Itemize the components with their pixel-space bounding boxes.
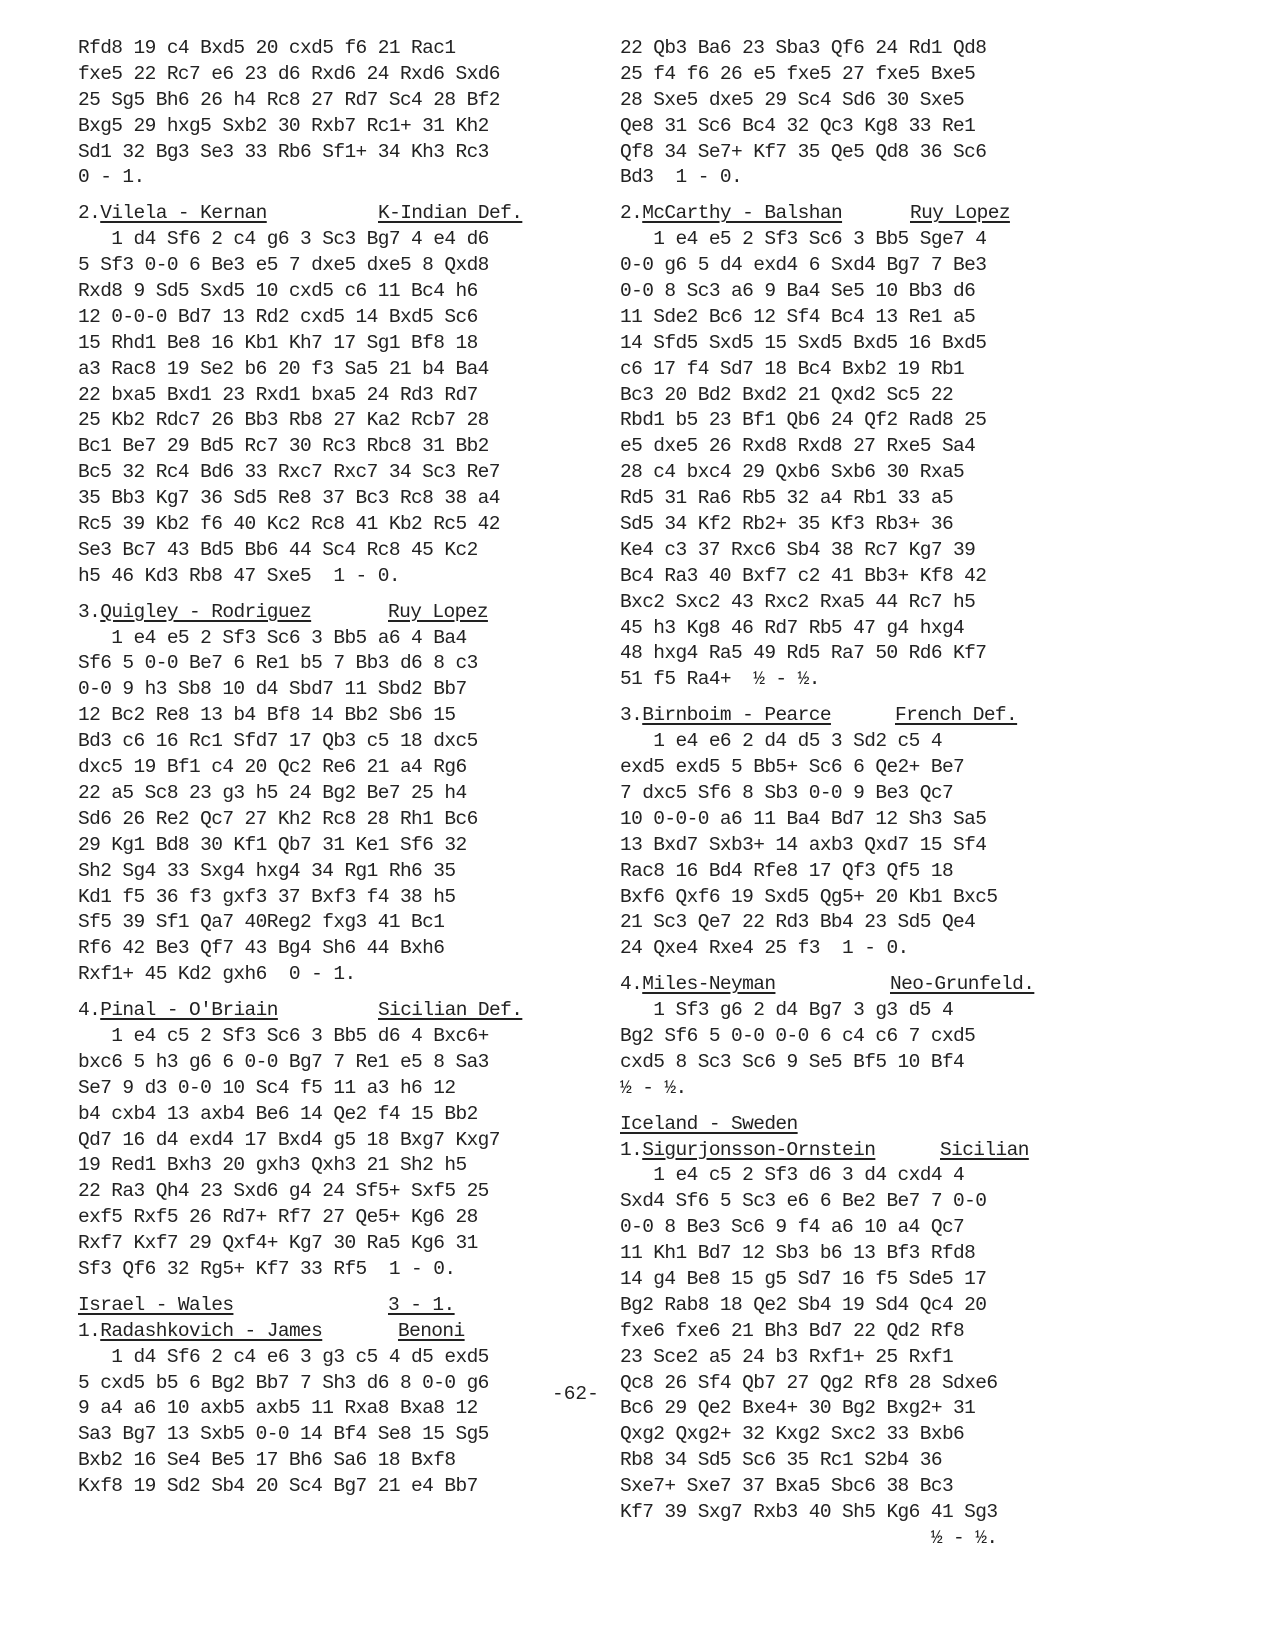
move-line: Qxg2 Qxg2+ 32 Kxg2 Sxc2 33 Bxb6 bbox=[620, 1422, 1090, 1448]
move-line: 1 e4 c5 2 Sf3 d6 3 d4 cxd4 4 bbox=[620, 1163, 1090, 1189]
move-line: Rbd1 b5 23 Bf1 Qb6 24 Qf2 Rad8 25 bbox=[620, 408, 1090, 434]
move-line: Bxg5 29 hxg5 Sxb2 30 Rxb7 Rc1+ 31 Kh2 bbox=[78, 114, 598, 140]
move-line: Rxf1+ 45 Kd2 gxh6 0 - 1. bbox=[78, 962, 598, 988]
game-number: 4. bbox=[78, 999, 100, 1021]
move-line: Bc4 Ra3 40 Bxf7 c2 41 Bb3+ Kf8 42 bbox=[620, 564, 1090, 590]
game-players: Radashkovich - James bbox=[100, 1320, 322, 1342]
game-players: Quigley - Rodriguez bbox=[100, 601, 311, 623]
move-line: Rfd8 19 c4 Bxd5 20 cxd5 f6 21 Rac1 bbox=[78, 36, 598, 62]
move-line: cxd5 8 Sc3 Sc6 9 Se5 Bf5 10 Bf4 bbox=[620, 1050, 1090, 1076]
game-players: Birnboim - Pearce bbox=[642, 704, 831, 726]
game-opening: Ruy Lopez bbox=[910, 201, 1010, 227]
move-line: Bc6 29 Qe2 Bxe4+ 30 Bg2 Bxg2+ 31 bbox=[620, 1396, 1090, 1422]
move-line: b4 cxb4 13 axb4 Be6 14 Qe2 f4 15 Bb2 bbox=[78, 1102, 598, 1128]
move-line: 28 Sxe5 dxe5 29 Sc4 Sd6 30 Sxe5 bbox=[620, 88, 1090, 114]
right-column: 22 Qb3 Ba6 23 Sba3 Qf6 24 Rd1 Qd825 f4 f… bbox=[620, 36, 1090, 1552]
block-gap bbox=[620, 191, 1090, 201]
match-header: Iceland - Sweden bbox=[620, 1112, 1090, 1138]
move-line: 23 Sce2 a5 24 b3 Rxf1+ 25 Rxf1 bbox=[620, 1345, 1090, 1371]
move-line: Bg2 Sf6 5 0-0 0-0 6 c4 c6 7 cxd5 bbox=[620, 1024, 1090, 1050]
move-line: Qe8 31 Sc6 Bc4 32 Qc3 Kg8 33 Re1 bbox=[620, 114, 1090, 140]
move-line: Bxb2 16 Se4 Be5 17 Bh6 Sa6 18 Bxf8 bbox=[78, 1448, 598, 1474]
move-line: Kd1 f5 36 f3 gxf3 37 Bxf3 f4 38 h5 bbox=[78, 885, 598, 911]
move-line: 1 e4 c5 2 Sf3 Sc6 3 Bb5 d6 4 Bxc6+ bbox=[78, 1024, 598, 1050]
game-opening: Sicilian Def. bbox=[378, 998, 522, 1024]
move-line: 14 g4 Be8 15 g5 Sd7 16 f5 Sde5 17 bbox=[620, 1267, 1090, 1293]
move-line: Sd5 34 Kf2 Rb2+ 35 Kf3 Rb3+ 36 bbox=[620, 512, 1090, 538]
move-line: Sxe7+ Sxe7 37 Bxa5 Sbc6 38 Bc3 bbox=[620, 1474, 1090, 1500]
match-title: Iceland - Sweden bbox=[620, 1113, 798, 1135]
move-line: 1 e4 e5 2 Sf3 Sc6 3 Bb5 Sge7 4 bbox=[620, 227, 1090, 253]
move-line: Rc5 39 Kb2 f6 40 Kc2 Rc8 41 Kb2 Rc5 42 bbox=[78, 512, 598, 538]
move-line: Bxf6 Qxf6 19 Sxd5 Qg5+ 20 Kb1 Bxc5 bbox=[620, 885, 1090, 911]
game-header: 2.Vilela - KernanK-Indian Def. bbox=[78, 201, 598, 227]
move-line: 22 bxa5 Bxd1 23 Rxd1 bxa5 24 Rd3 Rd7 bbox=[78, 383, 598, 409]
move-line: 0-0 8 Sc3 a6 9 Ba4 Se5 10 Bb3 d6 bbox=[620, 279, 1090, 305]
move-line: 14 Sfd5 Sxd5 15 Sxd5 Bxd5 16 Bxd5 bbox=[620, 331, 1090, 357]
move-line: 5 Sf3 0-0 6 Be3 e5 7 dxe5 dxe5 8 Qxd8 bbox=[78, 253, 598, 279]
game-opening: Sicilian bbox=[940, 1138, 1029, 1164]
move-line: 28 c4 bxc4 29 Qxb6 Sxb6 30 Rxa5 bbox=[620, 460, 1090, 486]
block-gap bbox=[620, 962, 1090, 972]
move-line: Se3 Bc7 43 Bd5 Bb6 44 Sc4 Rc8 45 Kc2 bbox=[78, 538, 598, 564]
move-line: Rac8 16 Bd4 Rfe8 17 Qf3 Qf5 18 bbox=[620, 859, 1090, 885]
move-line: 11 Kh1 Bd7 12 Sb3 b6 13 Bf3 Rfd8 bbox=[620, 1241, 1090, 1267]
move-line: e5 dxe5 26 Rxd8 Rxd8 27 Rxe5 Sa4 bbox=[620, 434, 1090, 460]
move-line: Bxc2 Sxc2 43 Rxc2 Rxa5 44 Rc7 h5 bbox=[620, 590, 1090, 616]
block-gap bbox=[620, 1102, 1090, 1112]
match-title: Israel - Wales bbox=[78, 1294, 233, 1316]
move-line: Sf6 5 0-0 Be7 6 Re1 b5 7 Bb3 d6 8 c3 bbox=[78, 651, 598, 677]
move-line: 7 dxc5 Sf6 8 Sb3 0-0 9 Be3 Qc7 bbox=[620, 781, 1090, 807]
game-opening: French Def. bbox=[895, 703, 1017, 729]
block-gap bbox=[620, 693, 1090, 703]
move-line: 22 a5 Sc8 23 g3 h5 24 Bg2 Be7 25 h4 bbox=[78, 781, 598, 807]
game-number: 4. bbox=[620, 973, 642, 995]
move-line: Rxf7 Kxf7 29 Qxf4+ Kg7 30 Ra5 Kg6 31 bbox=[78, 1231, 598, 1257]
move-line: Sa3 Bg7 13 Sxb5 0-0 14 Bf4 Se8 15 Sg5 bbox=[78, 1422, 598, 1448]
move-line: 9 a4 a6 10 axb5 axb5 11 Rxa8 Bxa8 12 bbox=[78, 1396, 598, 1422]
move-line: 1 d4 Sf6 2 c4 e6 3 g3 c5 4 d5 exd5 bbox=[78, 1345, 598, 1371]
game-header: 4.Miles-NeymanNeo-Grunfeld. bbox=[620, 972, 1090, 998]
move-line: 25 f4 f6 26 e5 fxe5 27 fxe5 Bxe5 bbox=[620, 62, 1090, 88]
move-line: Sxd4 Sf6 5 Sc3 e6 6 Be2 Be7 7 0-0 bbox=[620, 1189, 1090, 1215]
game-header: 3.Birnboim - PearceFrench Def. bbox=[620, 703, 1090, 729]
move-line: 48 hxg4 Ra5 49 Rd5 Ra7 50 Rd6 Kf7 bbox=[620, 641, 1090, 667]
move-line: 35 Bb3 Kg7 36 Sd5 Re8 37 Bc3 Rc8 38 a4 bbox=[78, 486, 598, 512]
move-line: 22 Ra3 Qh4 23 Sxd6 g4 24 Sf5+ Sxf5 25 bbox=[78, 1179, 598, 1205]
move-line: Qf8 34 Se7+ Kf7 35 Qe5 Qd8 36 Sc6 bbox=[620, 140, 1090, 166]
left-column: Rfd8 19 c4 Bxd5 20 cxd5 f6 21 Rac1fxe5 2… bbox=[78, 36, 598, 1500]
move-line: Sh2 Sg4 33 Sxg4 hxg4 34 Rg1 Rh6 35 bbox=[78, 859, 598, 885]
move-line: Sf5 39 Sf1 Qa7 40Reg2 fxg3 41 Bc1 bbox=[78, 910, 598, 936]
move-line: 11 Sde2 Bc6 12 Sf4 Bc4 13 Re1 a5 bbox=[620, 305, 1090, 331]
move-line: 13 Bxd7 Sxb3+ 14 axb3 Qxd7 15 Sf4 bbox=[620, 833, 1090, 859]
move-line: 0-0 g6 5 d4 exd4 6 Sxd4 Bg7 7 Be3 bbox=[620, 253, 1090, 279]
move-line: Bc5 32 Rc4 Bd6 33 Rxc7 Rxc7 34 Sc3 Re7 bbox=[78, 460, 598, 486]
game-players: Miles-Neyman bbox=[642, 973, 775, 995]
move-line: Bc3 20 Bd2 Bxd2 21 Qxd2 Sc5 22 bbox=[620, 383, 1090, 409]
game-opening: Ruy Lopez bbox=[388, 600, 488, 626]
move-line: 51 f5 Ra4+ ½ - ½. bbox=[620, 667, 1090, 693]
move-line: 10 0-0-0 a6 11 Ba4 Bd7 12 Sh3 Sa5 bbox=[620, 807, 1090, 833]
game-players: McCarthy - Balshan bbox=[642, 202, 842, 224]
move-line: c6 17 f4 Sd7 18 Bc4 Bxb2 19 Rb1 bbox=[620, 357, 1090, 383]
game-number: 2. bbox=[78, 202, 100, 224]
match-header: Israel - Wales3 - 1. bbox=[78, 1293, 598, 1319]
move-line: Sd1 32 Bg3 Se3 33 Rb6 Sf1+ 34 Kh3 Rc3 bbox=[78, 140, 598, 166]
block-gap bbox=[78, 191, 598, 201]
move-line: Kf7 39 Sxg7 Rxb3 40 Sh5 Kg6 41 Sg3 bbox=[620, 1500, 1090, 1526]
move-line: a3 Rac8 19 Se2 b6 20 f3 Sa5 21 b4 Ba4 bbox=[78, 357, 598, 383]
move-line: 5 cxd5 b5 6 Bg2 Bb7 7 Sh3 d6 8 0-0 g6 bbox=[78, 1371, 598, 1397]
block-gap bbox=[78, 590, 598, 600]
move-line: 15 Rhd1 Be8 16 Kb1 Kh7 17 Sg1 Bf8 18 bbox=[78, 331, 598, 357]
game-number: 3. bbox=[620, 704, 642, 726]
move-line: Se7 9 d3 0-0 10 Sc4 f5 11 a3 h6 12 bbox=[78, 1076, 598, 1102]
game-header: 1.Radashkovich - JamesBenoni bbox=[78, 1319, 598, 1345]
move-line: 12 Bc2 Re8 13 b4 Bf8 14 Bb2 Sb6 15 bbox=[78, 703, 598, 729]
page-number: -62- bbox=[552, 1383, 599, 1405]
game-number: 3. bbox=[78, 601, 100, 623]
move-line: fxe5 22 Rc7 e6 23 d6 Rxd6 24 Rxd6 Sxd6 bbox=[78, 62, 598, 88]
move-line: Qd7 16 d4 exd4 17 Bxd4 g5 18 Bxg7 Kxg7 bbox=[78, 1128, 598, 1154]
move-line: exd5 exd5 5 Bb5+ Sc6 6 Qe2+ Be7 bbox=[620, 755, 1090, 781]
move-line: ½ - ½. bbox=[620, 1526, 1090, 1552]
move-line: Rb8 34 Sd5 Sc6 35 Rc1 S2b4 36 bbox=[620, 1448, 1090, 1474]
move-line: Sf3 Qf6 32 Rg5+ Kf7 33 Rf5 1 - 0. bbox=[78, 1257, 598, 1283]
game-number: 1. bbox=[78, 1320, 100, 1342]
move-line: 45 h3 Kg8 46 Rd7 Rb5 47 g4 hxg4 bbox=[620, 616, 1090, 642]
move-line: 25 Kb2 Rdc7 26 Bb3 Rb8 27 Ka2 Rcb7 28 bbox=[78, 408, 598, 434]
move-line: Bd3 1 - 0. bbox=[620, 165, 1090, 191]
game-header: 1.Sigurjonsson-OrnsteinSicilian bbox=[620, 1138, 1090, 1164]
move-line: exf5 Rxf5 26 Rd7+ Rf7 27 Qe5+ Kg6 28 bbox=[78, 1205, 598, 1231]
move-line: 21 Sc3 Qe7 22 Rd3 Bb4 23 Sd5 Qe4 bbox=[620, 910, 1090, 936]
move-line: 25 Sg5 Bh6 26 h4 Rc8 27 Rd7 Sc4 28 Bf2 bbox=[78, 88, 598, 114]
game-header: 3.Quigley - RodriguezRuy Lopez bbox=[78, 600, 598, 626]
move-line: h5 46 Kd3 Rb8 47 Sxe5 1 - 0. bbox=[78, 564, 598, 590]
move-line: Sd6 26 Re2 Qc7 27 Kh2 Rc8 28 Rh1 Bc6 bbox=[78, 807, 598, 833]
move-line: 1 d4 Sf6 2 c4 g6 3 Sc3 Bg7 4 e4 d6 bbox=[78, 227, 598, 253]
game-opening: K-Indian Def. bbox=[378, 201, 522, 227]
game-header: 2.McCarthy - BalshanRuy Lopez bbox=[620, 201, 1090, 227]
game-number: 2. bbox=[620, 202, 642, 224]
move-line: bxc6 5 h3 g6 6 0-0 Bg7 7 Re1 e5 8 Sa3 bbox=[78, 1050, 598, 1076]
move-line: ½ - ½. bbox=[620, 1076, 1090, 1102]
match-score: 3 - 1. bbox=[388, 1293, 455, 1319]
move-line: dxc5 19 Bf1 c4 20 Qc2 Re6 21 a4 Rg6 bbox=[78, 755, 598, 781]
move-line: 22 Qb3 Ba6 23 Sba3 Qf6 24 Rd1 Qd8 bbox=[620, 36, 1090, 62]
move-line: Rxd8 9 Sd5 Sxd5 10 cxd5 c6 11 Bc4 h6 bbox=[78, 279, 598, 305]
move-line: Rf6 42 Be3 Qf7 43 Bg4 Sh6 44 Bxh6 bbox=[78, 936, 598, 962]
move-line: 0-0 8 Be3 Sc6 9 f4 a6 10 a4 Qc7 bbox=[620, 1215, 1090, 1241]
game-opening: Neo-Grunfeld. bbox=[890, 972, 1034, 998]
game-players: Sigurjonsson-Ornstein bbox=[642, 1139, 875, 1161]
move-line: fxe6 fxe6 21 Bh3 Bd7 22 Qd2 Rf8 bbox=[620, 1319, 1090, 1345]
move-line: Rd5 31 Ra6 Rb5 32 a4 Rb1 33 a5 bbox=[620, 486, 1090, 512]
game-header: 4.Pinal - O'BriainSicilian Def. bbox=[78, 998, 598, 1024]
move-line: Ke4 c3 37 Rxc6 Sb4 38 Rc7 Kg7 39 bbox=[620, 538, 1090, 564]
move-line: 0-0 9 h3 Sb8 10 d4 Sbd7 11 Sbd2 Bb7 bbox=[78, 677, 598, 703]
move-line: Qc8 26 Sf4 Qb7 27 Qg2 Rf8 28 Sdxe6 bbox=[620, 1371, 1090, 1397]
move-line: 24 Qxe4 Rxe4 25 f3 1 - 0. bbox=[620, 936, 1090, 962]
move-line: 12 0-0-0 Bd7 13 Rd2 cxd5 14 Bxd5 Sc6 bbox=[78, 305, 598, 331]
move-line: 1 Sf3 g6 2 d4 Bg7 3 g3 d5 4 bbox=[620, 998, 1090, 1024]
move-line: Bg2 Rab8 18 Qe2 Sb4 19 Sd4 Qc4 20 bbox=[620, 1293, 1090, 1319]
move-line: Bc1 Be7 29 Bd5 Rc7 30 Rc3 Rbc8 31 Bb2 bbox=[78, 434, 598, 460]
game-number: 1. bbox=[620, 1139, 642, 1161]
move-line: 0 - 1. bbox=[78, 165, 598, 191]
block-gap bbox=[78, 988, 598, 998]
block-gap bbox=[78, 1283, 598, 1293]
game-opening: Benoni bbox=[398, 1319, 465, 1345]
game-players: Vilela - Kernan bbox=[100, 202, 267, 224]
move-line: 1 e4 e5 2 Sf3 Sc6 3 Bb5 a6 4 Ba4 bbox=[78, 626, 598, 652]
move-line: Kxf8 19 Sd2 Sb4 20 Sc4 Bg7 21 e4 Bb7 bbox=[78, 1474, 598, 1500]
game-players: Pinal - O'Briain bbox=[100, 999, 278, 1021]
move-line: 1 e4 e6 2 d4 d5 3 Sd2 c5 4 bbox=[620, 729, 1090, 755]
move-line: 29 Kg1 Bd8 30 Kf1 Qb7 31 Ke1 Sf6 32 bbox=[78, 833, 598, 859]
move-line: 19 Red1 Bxh3 20 gxh3 Qxh3 21 Sh2 h5 bbox=[78, 1153, 598, 1179]
move-line: Bd3 c6 16 Rc1 Sfd7 17 Qb3 c5 18 dxc5 bbox=[78, 729, 598, 755]
